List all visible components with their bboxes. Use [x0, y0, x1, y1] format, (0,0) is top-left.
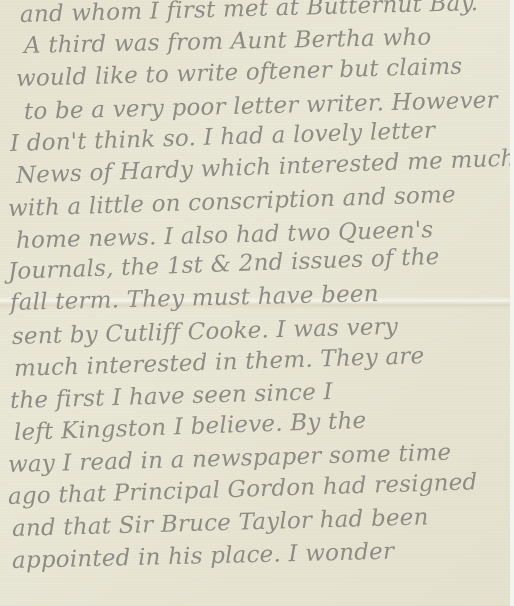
letter-line: with a little on conscription and some: [8, 182, 457, 222]
letter-line: and that Sir Bruce Taylor had been: [12, 504, 429, 542]
letter-line: and whom I first met at Butternut Bay.: [20, 0, 479, 28]
letter-line: left Kingston I believe. By the: [14, 408, 367, 446]
scan-edge: [510, 0, 514, 606]
letter-line: A third was from Aunt Bertha who: [24, 24, 432, 59]
letter-line: appointed in his place. I wonder: [12, 539, 395, 574]
letter-line: fall term. They must have been: [10, 281, 379, 316]
letter-line: the first I have seen since I: [10, 379, 333, 414]
letter-line: much interested in them. They are: [14, 343, 425, 382]
letter-line: would like to write oftener but claims: [16, 54, 463, 92]
letter-page: and whom I first met at Butternut Bay. A…: [0, 0, 510, 606]
letter-line: sent by Cutliff Cooke. I was very: [12, 314, 399, 350]
